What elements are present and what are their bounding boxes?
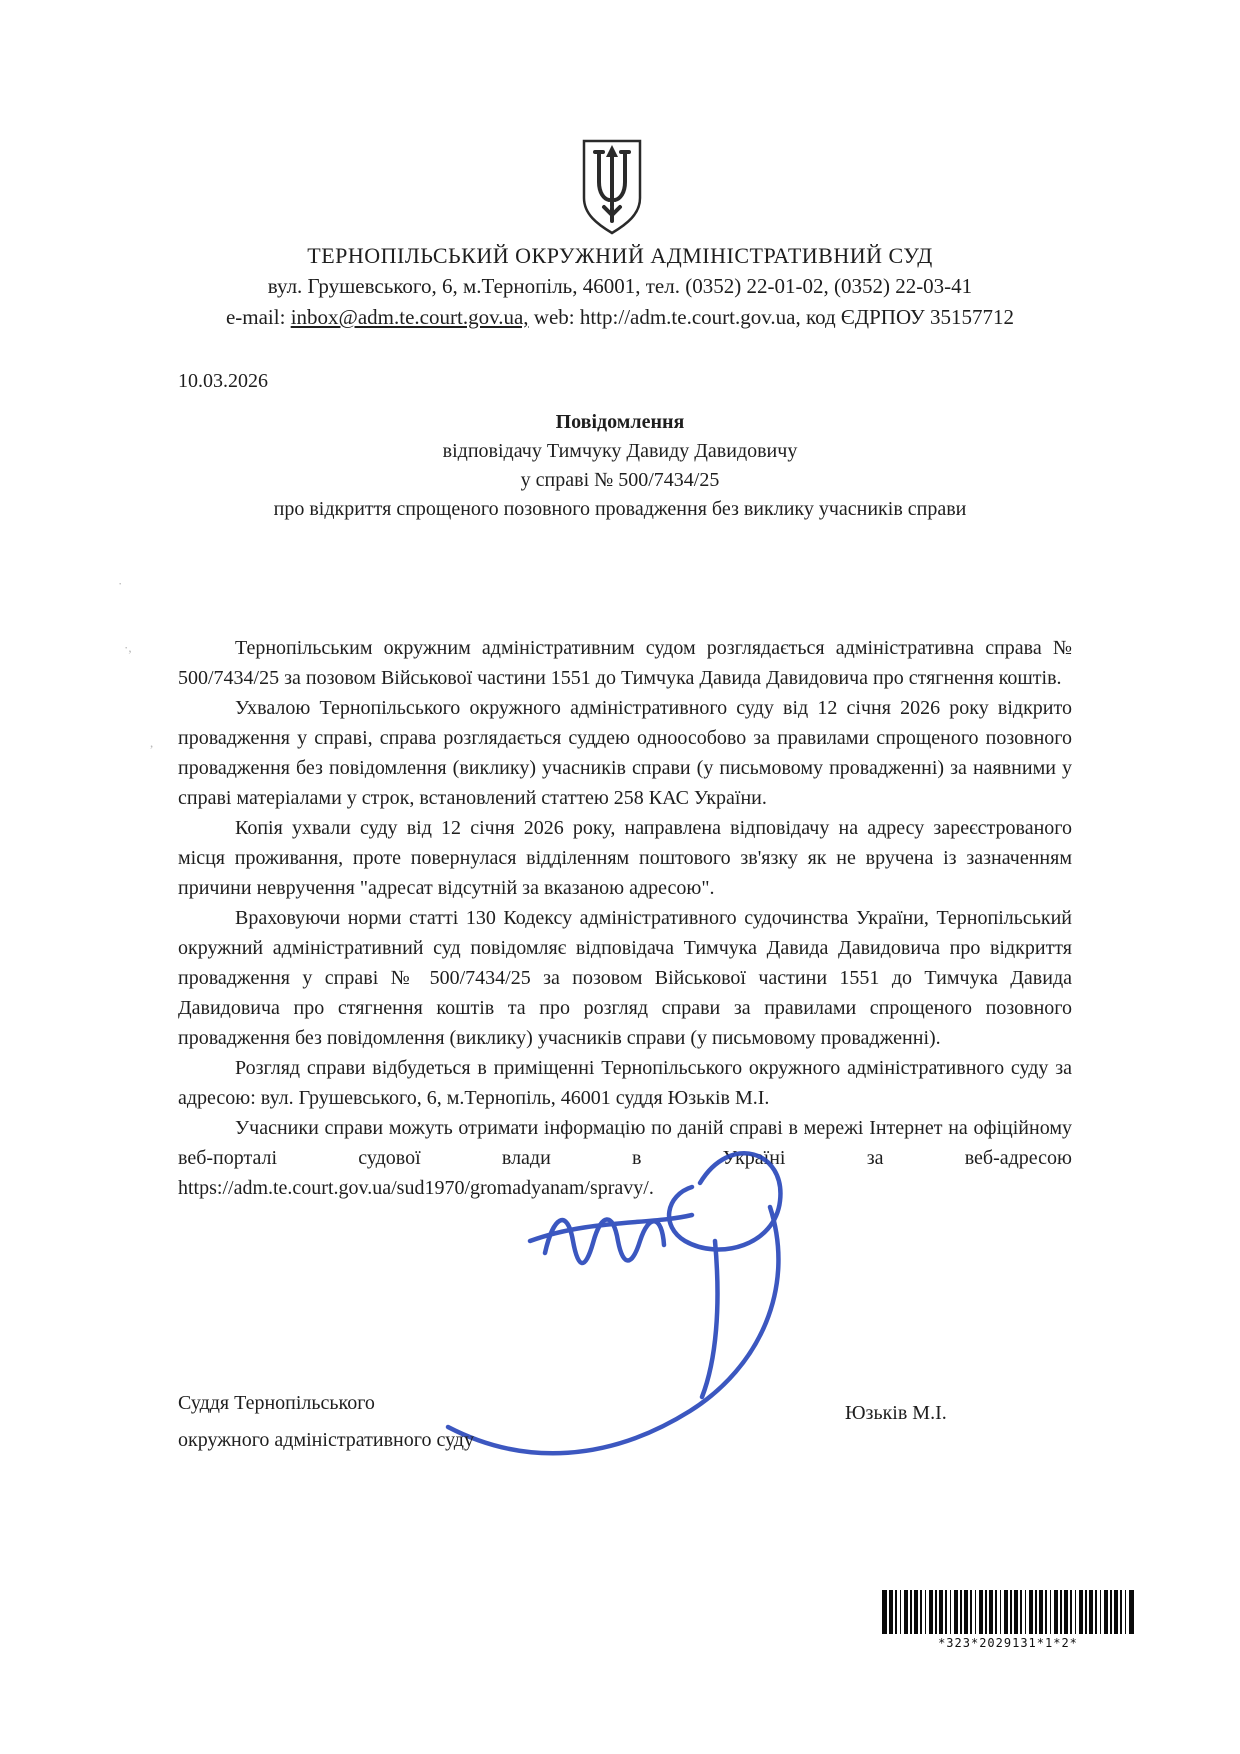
document-barcode: *323*2029131*1*2* (882, 1590, 1134, 1650)
court-address-line: вул. Грушевського, 6, м.Тернопіль, 46001… (120, 271, 1120, 302)
judge-name: Юзьків М.І. (845, 1402, 947, 1425)
scanned-court-notice-page: ТЕРНОПІЛЬСЬКИЙ ОКРУЖНИЙ АДМІНІСТРАТИВНИЙ… (0, 0, 1240, 1754)
body-paragraph: Тернопільським окружним адміністративним… (178, 633, 1072, 693)
court-contact-line: e-mail: inbox@adm.te.court.gov.ua, web: … (120, 302, 1120, 333)
subject-case-number: у справі № 500/7434/25 (170, 466, 1070, 495)
body-paragraph: Ухвалою Тернопільського окружного адміні… (178, 693, 1072, 813)
subject-addressee: відповідачу Тимчуку Давиду Давидовичу (170, 437, 1070, 466)
signature-left-block: Суддя Тернопільського окружного адмініст… (178, 1385, 578, 1459)
court-name: ТЕРНОПІЛЬСЬКИЙ ОКРУЖНИЙ АДМІНІСТРАТИВНИЙ… (120, 240, 1120, 271)
subject-description: про відкриття спрощеного позовного прова… (170, 495, 1070, 524)
signatory-role-line2: окружного адміністративного суду (178, 1422, 578, 1459)
contact-prefix: e-mail: (226, 305, 291, 329)
body-paragraph: Копія ухвали суду від 12 січня 2026 року… (178, 813, 1072, 903)
signatory-role-line1: Суддя Тернопільського (178, 1385, 578, 1422)
scan-artifact: , (150, 735, 153, 751)
document-title: Повідомлення (170, 408, 1070, 437)
body-paragraph: Враховуючи норми статті 130 Кодексу адмі… (178, 903, 1072, 1053)
letterhead: ТЕРНОПІЛЬСЬКИЙ ОКРУЖНИЙ АДМІНІСТРАТИВНИЙ… (120, 240, 1120, 333)
document-body: Тернопільським окружним адміністративним… (178, 633, 1072, 1203)
body-paragraph: Учасники справи можуть отримати інформац… (178, 1113, 1072, 1203)
scan-artifact: ·, (124, 640, 132, 656)
body-paragraph: Розгляд справи відбудеться в приміщенні … (178, 1053, 1072, 1113)
court-email: inbox@adm.te.court.gov.ua, (291, 305, 529, 329)
scan-artifact: · (118, 576, 122, 592)
subject-block: Повідомлення відповідачу Тимчуку Давиду … (170, 408, 1070, 524)
barcode-text: *323*2029131*1*2* (882, 1636, 1134, 1650)
document-date: 10.03.2026 (178, 370, 268, 393)
barcode-bars (882, 1590, 1134, 1634)
contact-rest: web: http://adm.te.court.gov.ua, код ЄДР… (529, 305, 1015, 329)
ukraine-trident-emblem (578, 138, 646, 238)
